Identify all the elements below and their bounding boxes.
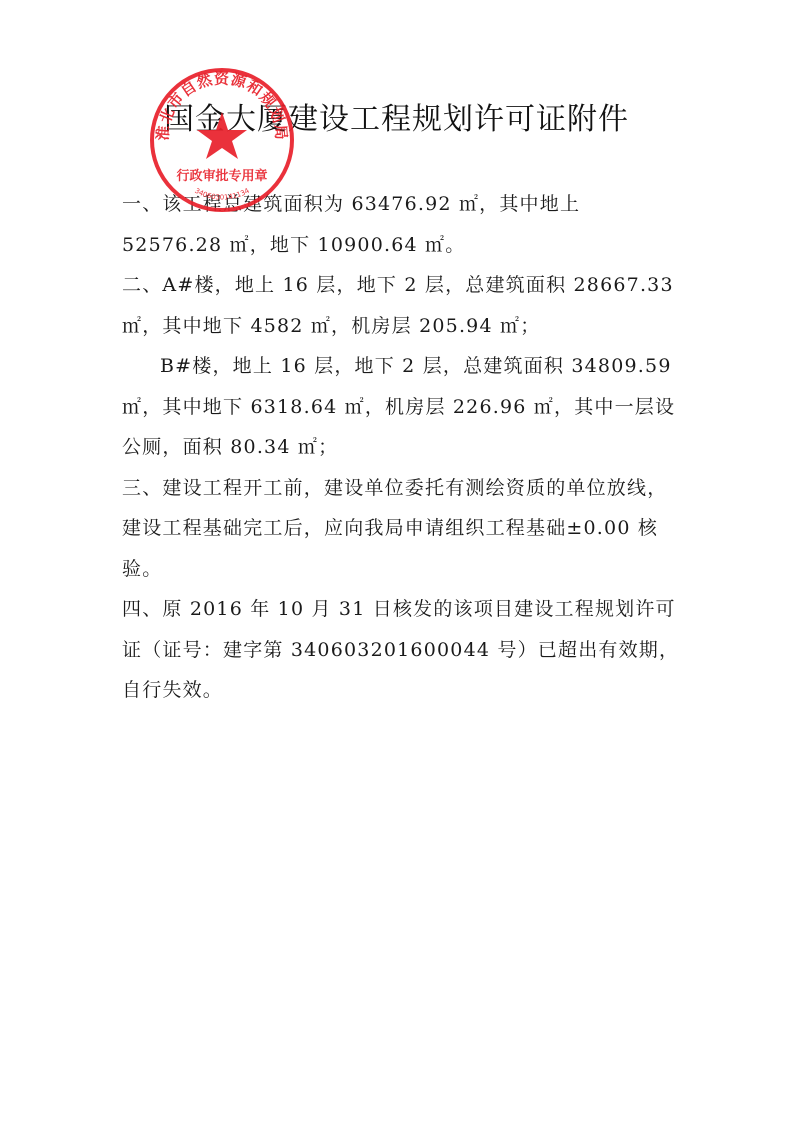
seal-center-text: 行政审批专用章 [176,168,267,184]
document-body: 一、该工程总建筑面积为 63476.92 ㎡，其中地上 52576.28 ㎡，地… [122,184,682,711]
paragraph-3: 三、建设工程开工前，建设单位委托有测绘资质的单位放线，建设工程基础完工后，应向我… [122,468,682,590]
paragraph-2: 二、A#楼，地上 16 层，地下 2 层，总建筑面积 28667.33 ㎡，其中… [122,265,682,346]
paragraph-4: 四、原 2016 年 10 月 31 日核发的该项目建设工程规划许可证（证号：建… [122,589,682,711]
document-title: 国金大厦建设工程规划许可证附件 [0,94,793,138]
paragraph-2b: B#楼，地上 16 层，地下 2 层，总建筑面积 34809.59 ㎡，其中地下… [122,346,682,468]
document-page: 国金大厦建设工程规划许可证附件 一、该工程总建筑面积为 63476.92 ㎡，其… [0,0,793,1122]
paragraph-1: 一、该工程总建筑面积为 63476.92 ㎡，其中地上 52576.28 ㎡，地… [122,184,682,265]
